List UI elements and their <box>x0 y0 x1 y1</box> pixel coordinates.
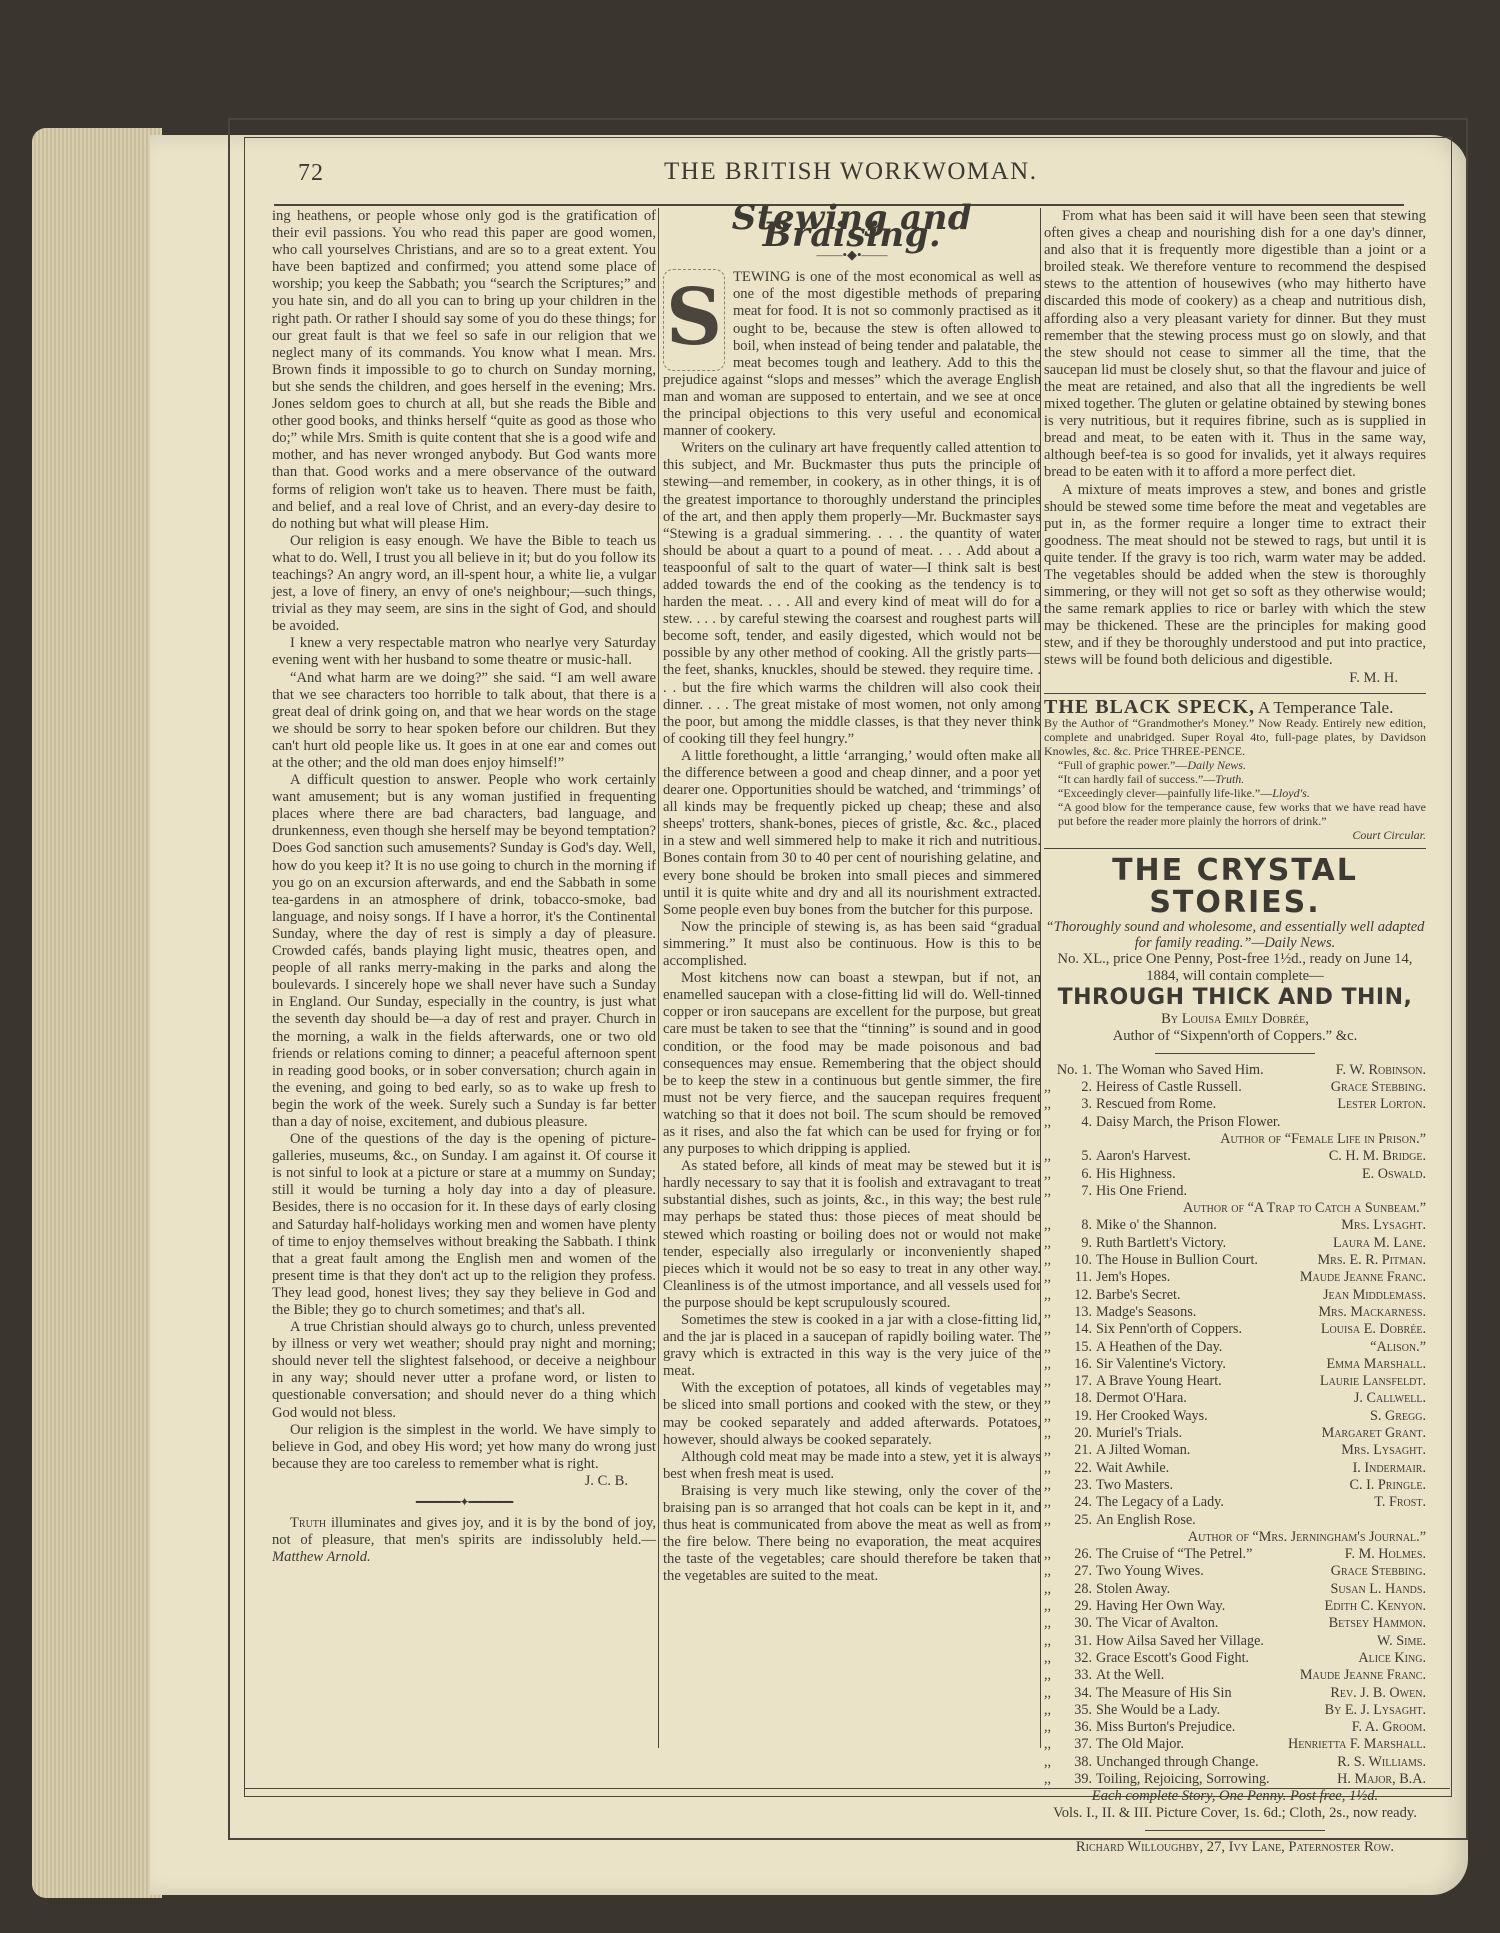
story-author: E. Oswald. <box>1362 1166 1426 1183</box>
story-number: ,,7. <box>1044 1183 1096 1200</box>
story-number: ,,9. <box>1044 1235 1096 1252</box>
story-row: ,,33.At the Well.Maude Jeanne Franc. <box>1044 1667 1426 1684</box>
ditto-mark: ,, <box>1044 1667 1051 1684</box>
story-number: ,,16. <box>1044 1356 1096 1373</box>
story-row: ,,6.His Highness.E. Oswald. <box>1044 1166 1426 1183</box>
story-row: ,,37.The Old Major.Henrietta F. Marshall… <box>1044 1736 1426 1753</box>
story-title: At the Well. <box>1096 1667 1300 1684</box>
story-author: Henrietta F. Marshall. <box>1288 1736 1426 1753</box>
story-row: ,,35.She Would be a Lady.By E. J. Lysagh… <box>1044 1702 1426 1719</box>
story-number: ,,6. <box>1044 1166 1096 1183</box>
story-title: The House in Bullion Court. <box>1096 1252 1318 1269</box>
price-note: Each complete Story, One Penny. Post fre… <box>1044 1788 1426 1805</box>
story-list: No. 1.The Woman who Saved Him.F. W. Robi… <box>1044 1062 1426 1788</box>
ditto-mark: ,, <box>1044 1373 1051 1390</box>
story-row: ,,5.Aaron's Harvest.C. H. M. Bridge. <box>1044 1148 1426 1165</box>
story-author: Jean Middlemass. <box>1323 1287 1426 1304</box>
story-title: Two Young Wives. <box>1096 1563 1331 1580</box>
story-row: ,,13.Madge's Seasons.Mrs. Mackarness. <box>1044 1304 1426 1321</box>
story-number: ,,22. <box>1044 1460 1096 1477</box>
issue-line: No. XL., price One Penny, Post-free 1½d.… <box>1044 951 1426 985</box>
story-author: S. Gregg. <box>1370 1408 1426 1425</box>
story-author: Mrs. Lysaght. <box>1341 1442 1426 1459</box>
story-author: Grace Stebbing. <box>1331 1079 1426 1096</box>
story-title: How Ailsa Saved her Village. <box>1096 1633 1377 1650</box>
story-number: ,,35. <box>1044 1702 1096 1719</box>
review-quote: “Full of graphic power.”—Daily News. <box>1044 758 1426 772</box>
story-author: Grace Stebbing. <box>1331 1563 1426 1580</box>
story-title: Madge's Seasons. <box>1096 1304 1318 1321</box>
story-title: Toiling, Rejoicing, Sorrowing. <box>1096 1771 1337 1788</box>
story-title: Having Her Own Way. <box>1096 1598 1325 1615</box>
paragraph: A difficult question to answer. People w… <box>272 772 656 1131</box>
story-row: ,,16.Sir Valentine's Victory.Emma Marsha… <box>1044 1356 1426 1373</box>
story-title: The Vicar of Avalton. <box>1096 1615 1329 1632</box>
paragraph: “And what harm are we doing?” she said. … <box>272 670 656 773</box>
decorated-dropcap-icon: S <box>663 269 725 371</box>
story-title: Daisy March, the Prison Flower. <box>1096 1114 1426 1131</box>
story-row: ,,34.The Measure of His SinRev. J. B. Ow… <box>1044 1685 1426 1702</box>
story-number: ,,15. <box>1044 1339 1096 1356</box>
closing-quote: Truth illuminates and gives joy, and it … <box>272 1515 656 1566</box>
paragraph: A mixture of meats improves a stew, and … <box>1044 482 1426 670</box>
quote-text: illuminates and gives joy, and it is by … <box>272 1515 656 1548</box>
ditto-mark: ,, <box>1044 1321 1051 1338</box>
story-author: Susan L. Hands. <box>1331 1581 1426 1598</box>
story-row: ,,2.Heiress of Castle Russell.Grace Steb… <box>1044 1079 1426 1096</box>
article-signature: F. M. H. <box>1044 670 1426 687</box>
story-author: Mrs. E. R. Pitman. <box>1318 1252 1426 1269</box>
ditto-mark: ,, <box>1044 1615 1051 1632</box>
black-speck-advertisement: THE BLACK SPECK, A Temperance Tale. By t… <box>1044 700 1426 842</box>
story-title: His Highness. <box>1096 1166 1362 1183</box>
story-row: ,,32.Grace Escott's Good Fight.Alice Kin… <box>1044 1650 1426 1667</box>
story-number: ,,28. <box>1044 1581 1096 1598</box>
story-number: ,,37. <box>1044 1736 1096 1753</box>
ditto-mark: ,, <box>1044 1390 1051 1407</box>
story-number: ,,13. <box>1044 1304 1096 1321</box>
story-author: Louisa E. Dobrée. <box>1321 1321 1426 1338</box>
quote-lead-word: Truth <box>290 1515 326 1531</box>
review-quote: “A good blow for the temperance cause, f… <box>1044 800 1426 828</box>
feature-author: By Louisa Emily Dobrée, <box>1044 1011 1426 1028</box>
story-title: A Brave Young Heart. <box>1096 1373 1320 1390</box>
story-number: ,,36. <box>1044 1719 1096 1736</box>
feature-title: THROUGH THICK AND THIN, <box>1044 985 1426 1011</box>
story-author: H. Major, B.A. <box>1337 1771 1426 1788</box>
article-title: Stewing and Braising. <box>663 210 1041 244</box>
story-number: ,,26. <box>1044 1546 1096 1563</box>
ditto-mark: ,, <box>1044 1269 1051 1286</box>
running-head: 72 THE BRITISH WORKWOMAN. <box>244 150 1450 200</box>
paragraph: A little forethought, a little ‘arrangin… <box>663 748 1041 919</box>
column-divider <box>1040 208 1041 1748</box>
ditto-mark: ,, <box>1044 1754 1051 1771</box>
paragraph: From what has been said it will have bee… <box>1044 208 1426 482</box>
story-number: ,,14. <box>1044 1321 1096 1338</box>
story-row: ,,28.Stolen Away.Susan L. Hands. <box>1044 1581 1426 1598</box>
story-title: Six Penn'orth of Coppers. <box>1096 1321 1321 1338</box>
story-author: C. H. M. Bridge. <box>1329 1148 1426 1165</box>
paragraph: Braising is very much like stewing, only… <box>663 1483 1041 1586</box>
ditto-mark: ,, <box>1044 1685 1051 1702</box>
story-row: ,,9.Ruth Bartlett's Victory.Laura M. Lan… <box>1044 1235 1426 1252</box>
story-author: Lester Lorton. <box>1337 1096 1426 1113</box>
story-number: ,,25. <box>1044 1512 1096 1529</box>
column-divider <box>658 208 659 1748</box>
story-author: “Alison.” <box>1370 1339 1426 1356</box>
story-title: Dermot O'Hara. <box>1096 1390 1354 1407</box>
crystal-stories-quote: “Thoroughly sound and wholesome, and ess… <box>1044 919 1426 951</box>
story-row: ,,25.An English Rose. <box>1044 1512 1426 1529</box>
story-title: A Heathen of the Day. <box>1096 1339 1370 1356</box>
ditto-mark: ,, <box>1044 1079 1051 1096</box>
story-author: Laura M. Lane. <box>1333 1235 1426 1252</box>
story-title: Jem's Hopes. <box>1096 1269 1300 1286</box>
ditto-mark: ,, <box>1044 1442 1051 1459</box>
middle-column: Stewing and Braising. ——•◆•—— STEWING is… <box>663 208 1041 1586</box>
story-author: Margaret Grant. <box>1322 1425 1426 1442</box>
ditto-mark: ,, <box>1044 1477 1051 1494</box>
story-row: ,,17.A Brave Young Heart.Laurie Lansfeld… <box>1044 1373 1426 1390</box>
story-row: ,,12.Barbe's Secret.Jean Middlemass. <box>1044 1287 1426 1304</box>
ditto-mark: ,, <box>1044 1408 1051 1425</box>
story-number: No. 1. <box>1044 1062 1096 1079</box>
story-title: The Measure of His Sin <box>1096 1685 1330 1702</box>
story-number: ,,34. <box>1044 1685 1096 1702</box>
story-row: ,,18.Dermot O'Hara.J. Callwell. <box>1044 1390 1426 1407</box>
ditto-mark: ,, <box>1044 1148 1051 1165</box>
story-title: The Legacy of a Lady. <box>1096 1494 1374 1511</box>
story-row: ,,27.Two Young Wives.Grace Stebbing. <box>1044 1563 1426 1580</box>
story-number: ,,39. <box>1044 1771 1096 1788</box>
story-author: R. S. Williams. <box>1337 1754 1426 1771</box>
story-title: Wait Awhile. <box>1096 1460 1353 1477</box>
story-author: Mrs. Mackarness. <box>1318 1304 1426 1321</box>
paragraph: Sometimes the stew is cooked in a jar wi… <box>663 1312 1041 1380</box>
paragraph: Our religion is easy enough. We have the… <box>272 533 656 636</box>
story-author-line: Author of “Mrs. Jerningham's Journal.” <box>1044 1529 1426 1546</box>
paragraph: With the exception of potatoes, all kind… <box>663 1380 1041 1448</box>
story-row: ,,8.Mike o' the Shannon.Mrs. Lysaght. <box>1044 1217 1426 1234</box>
divider <box>1044 693 1426 694</box>
black-speck-body: By the Author of “Grandmother's Money.” … <box>1044 716 1426 758</box>
paragraph: Most kitchens now can boast a stewpan, b… <box>663 970 1041 1158</box>
paragraph: Writers on the culinary art have frequen… <box>663 440 1041 748</box>
story-author: By E. J. Lysaght. <box>1325 1702 1426 1719</box>
story-row: ,,31.How Ailsa Saved her Village.W. Sime… <box>1044 1633 1426 1650</box>
story-author: Mrs. Lysaght. <box>1341 1217 1426 1234</box>
story-title: Muriel's Trials. <box>1096 1425 1322 1442</box>
story-author: Betsey Hammon. <box>1329 1615 1426 1632</box>
journal-title: THE BRITISH WORKWOMAN. <box>664 158 1038 186</box>
ditto-mark: ,, <box>1044 1183 1051 1200</box>
paragraph: I knew a very respectable matron who nea… <box>272 635 656 669</box>
story-number: ,,24. <box>1044 1494 1096 1511</box>
story-author: Maude Jeanne Franc. <box>1300 1269 1426 1286</box>
right-column: From what has been said it will have bee… <box>1044 208 1426 1857</box>
story-author: F. M. Holmes. <box>1345 1546 1426 1563</box>
story-title: A Jilted Woman. <box>1096 1442 1341 1459</box>
divider <box>1044 848 1426 849</box>
paragraph: As stated before, all kinds of meat may … <box>663 1158 1041 1312</box>
ditto-mark: ,, <box>1044 1771 1051 1788</box>
story-title: Ruth Bartlett's Victory. <box>1096 1235 1333 1252</box>
ditto-mark: ,, <box>1044 1719 1051 1736</box>
story-row: ,,11.Jem's Hopes.Maude Jeanne Franc. <box>1044 1269 1426 1286</box>
story-number: ,,3. <box>1044 1096 1096 1113</box>
black-speck-title: THE BLACK SPECK, <box>1044 696 1255 718</box>
story-row: No. 1.The Woman who Saved Him.F. W. Robi… <box>1044 1062 1426 1079</box>
ditto-mark: ,, <box>1044 1460 1051 1477</box>
story-author: Maude Jeanne Franc. <box>1300 1667 1426 1684</box>
paragraph: ing heathens, or people whose only god i… <box>272 208 656 533</box>
story-author: J. Callwell. <box>1354 1390 1426 1407</box>
book-page-edges <box>32 128 162 1898</box>
divider <box>1155 1053 1315 1054</box>
ditto-mark: ,, <box>1044 1736 1051 1753</box>
review-quote: “It can hardly fail of success.”—Truth. <box>1044 772 1426 786</box>
story-number: ,,5. <box>1044 1148 1096 1165</box>
story-author: I. Indermair. <box>1353 1460 1426 1477</box>
story-number: ,,17. <box>1044 1373 1096 1390</box>
paragraph: One of the questions of the day is the o… <box>272 1131 656 1319</box>
ditto-mark: ,, <box>1044 1512 1051 1529</box>
story-title: The Old Major. <box>1096 1736 1288 1753</box>
black-speck-subtitle: A Temperance Tale. <box>1258 698 1393 717</box>
story-title: Grace Escott's Good Fight. <box>1096 1650 1358 1667</box>
ditto-mark: ,, <box>1044 1339 1051 1356</box>
ditto-mark: ,, <box>1044 1546 1051 1563</box>
story-number: ,,38. <box>1044 1754 1096 1771</box>
story-title: His One Friend. <box>1096 1183 1426 1200</box>
story-number: ,,12. <box>1044 1287 1096 1304</box>
story-number: ,,20. <box>1044 1425 1096 1442</box>
story-number: ,,2. <box>1044 1079 1096 1096</box>
first-paragraph: STEWING is one of the most economical as… <box>663 269 1041 440</box>
story-number: ,,23. <box>1044 1477 1096 1494</box>
feature-author-note: Author of “Sixpenn'orth of Coppers.” &c. <box>1044 1028 1426 1045</box>
story-title: Rescued from Rome. <box>1096 1096 1337 1113</box>
footer-rule <box>244 1788 1450 1789</box>
story-row: ,,3.Rescued from Rome.Lester Lorton. <box>1044 1096 1426 1113</box>
ditto-mark: ,, <box>1044 1494 1051 1511</box>
story-title: Her Crooked Ways. <box>1096 1408 1370 1425</box>
quote-attribution: Matthew Arnold. <box>272 1549 371 1565</box>
story-title: Sir Valentine's Victory. <box>1096 1356 1327 1373</box>
ditto-mark: ,, <box>1044 1252 1051 1269</box>
story-number: ,,21. <box>1044 1442 1096 1459</box>
paragraph: Now the principle of stewing is, as has … <box>663 919 1041 970</box>
ditto-mark: ,, <box>1044 1702 1051 1719</box>
story-row: ,,29.Having Her Own Way.Edith C. Kenyon. <box>1044 1598 1426 1615</box>
review-source: Court Circular. <box>1044 828 1426 842</box>
ditto-mark: ,, <box>1044 1650 1051 1667</box>
story-author-line: Author of “A Trap to Catch a Sunbeam.” <box>1044 1200 1426 1217</box>
story-author-line: Author of “Female Life in Prison.” <box>1044 1131 1426 1148</box>
ditto-mark: ,, <box>1044 1287 1051 1304</box>
story-number: ,,33. <box>1044 1667 1096 1684</box>
story-title: Unchanged through Change. <box>1096 1754 1337 1771</box>
story-row: ,,26.The Cruise of “The Petrel.”F. M. Ho… <box>1044 1546 1426 1563</box>
paragraph: Although cold meat may be made into a st… <box>663 1449 1041 1483</box>
story-number: ,,11. <box>1044 1269 1096 1286</box>
story-author: Emma Marshall. <box>1327 1356 1427 1373</box>
review-quote: “Exceedingly clever—painfully life-like.… <box>1044 786 1426 800</box>
story-title: Stolen Away. <box>1096 1581 1331 1598</box>
story-number: ,,19. <box>1044 1408 1096 1425</box>
story-row: ,,39.Toiling, Rejoicing, Sorrowing.H. Ma… <box>1044 1771 1426 1788</box>
story-title: Barbe's Secret. <box>1096 1287 1323 1304</box>
ditto-mark: ,, <box>1044 1114 1051 1131</box>
story-author: F. A. Groom. <box>1352 1719 1426 1736</box>
ditto-mark: ,, <box>1044 1425 1051 1442</box>
story-number: ,,8. <box>1044 1217 1096 1234</box>
story-title: The Cruise of “The Petrel.” <box>1096 1546 1345 1563</box>
story-row: ,,30.The Vicar of Avalton.Betsey Hammon. <box>1044 1615 1426 1632</box>
ditto-mark: ,, <box>1044 1598 1051 1615</box>
crystal-stories-title: THE CRYSTAL STORIES. <box>1044 855 1426 919</box>
story-row: ,,15.A Heathen of the Day.“Alison.” <box>1044 1339 1426 1356</box>
ditto-mark: ,, <box>1044 1304 1051 1321</box>
story-author: Rev. J. B. Owen. <box>1330 1685 1426 1702</box>
volumes-note: Vols. I., II. & III. Picture Cover, 1s. … <box>1044 1805 1426 1822</box>
ditto-mark: ,, <box>1044 1166 1051 1183</box>
story-number: ,,29. <box>1044 1598 1096 1615</box>
story-title: Heiress of Castle Russell. <box>1096 1079 1331 1096</box>
story-number: ,,30. <box>1044 1615 1096 1632</box>
divider <box>1145 1830 1325 1831</box>
story-number: ,,31. <box>1044 1633 1096 1650</box>
story-author: C. I. Pringle. <box>1350 1477 1426 1494</box>
story-author: Edith C. Kenyon. <box>1325 1598 1426 1615</box>
story-number: ,,4. <box>1044 1114 1096 1131</box>
ditto-mark: ,, <box>1044 1581 1051 1598</box>
story-title: Miss Burton's Prejudice. <box>1096 1719 1352 1736</box>
story-number: ,,32. <box>1044 1650 1096 1667</box>
ditto-mark: ,, <box>1044 1235 1051 1252</box>
paragraph: Our religion is the simplest in the worl… <box>272 1422 656 1473</box>
story-row: ,,36.Miss Burton's Prejudice.F. A. Groom… <box>1044 1719 1426 1736</box>
story-row: ,,21.A Jilted Woman.Mrs. Lysaght. <box>1044 1442 1426 1459</box>
story-title: The Woman who Saved Him. <box>1096 1062 1336 1079</box>
story-row: ,,22.Wait Awhile.I. Indermair. <box>1044 1460 1426 1477</box>
story-number: ,,27. <box>1044 1563 1096 1580</box>
story-title: Two Masters. <box>1096 1477 1350 1494</box>
paragraph: A true Christian should always go to chu… <box>272 1319 656 1422</box>
story-author: T. Frost. <box>1374 1494 1426 1511</box>
story-row: ,,4.Daisy March, the Prison Flower. <box>1044 1114 1426 1131</box>
ditto-mark: ,, <box>1044 1356 1051 1373</box>
ditto-mark: ,, <box>1044 1633 1051 1650</box>
story-row: ,,7.His One Friend. <box>1044 1183 1426 1200</box>
publisher-imprint: Richard Willoughby, 27, Ivy Lane, Patern… <box>1044 1839 1426 1856</box>
ditto-mark: ,, <box>1044 1563 1051 1580</box>
article-signature: J. C. B. <box>272 1473 656 1490</box>
story-row: ,,19.Her Crooked Ways.S. Gregg. <box>1044 1408 1426 1425</box>
story-author: Laurie Lansfeldt. <box>1320 1373 1426 1390</box>
story-title: An English Rose. <box>1096 1512 1426 1529</box>
story-row: ,,24.The Legacy of a Lady.T. Frost. <box>1044 1494 1426 1511</box>
story-author: Alice King. <box>1358 1650 1426 1667</box>
ornament-divider-icon: ━━━━━━━✦━━━━━━━ <box>272 1494 656 1511</box>
title-ornament-icon: ——•◆•—— <box>663 246 1041 263</box>
story-row: ,,14.Six Penn'orth of Coppers.Louisa E. … <box>1044 1321 1426 1338</box>
page-number: 72 <box>298 160 324 187</box>
story-number: ,,10. <box>1044 1252 1096 1269</box>
story-title: She Would be a Lady. <box>1096 1702 1325 1719</box>
story-author: W. Sime. <box>1377 1633 1426 1650</box>
story-title: Mike o' the Shannon. <box>1096 1217 1341 1234</box>
crystal-stories-advertisement: THE CRYSTAL STORIES. “Thoroughly sound a… <box>1044 855 1426 1857</box>
story-row: ,,20.Muriel's Trials.Margaret Grant. <box>1044 1425 1426 1442</box>
ditto-mark: ,, <box>1044 1096 1051 1113</box>
story-row: ,,10.The House in Bullion Court.Mrs. E. … <box>1044 1252 1426 1269</box>
story-author: F. W. Robinson. <box>1336 1062 1426 1079</box>
left-column: ing heathens, or people whose only god i… <box>272 208 656 1566</box>
story-row: ,,23.Two Masters.C. I. Pringle. <box>1044 1477 1426 1494</box>
story-row: ,,38.Unchanged through Change.R. S. Will… <box>1044 1754 1426 1771</box>
story-number: ,,18. <box>1044 1390 1096 1407</box>
ditto-mark: ,, <box>1044 1217 1051 1234</box>
story-title: Aaron's Harvest. <box>1096 1148 1329 1165</box>
